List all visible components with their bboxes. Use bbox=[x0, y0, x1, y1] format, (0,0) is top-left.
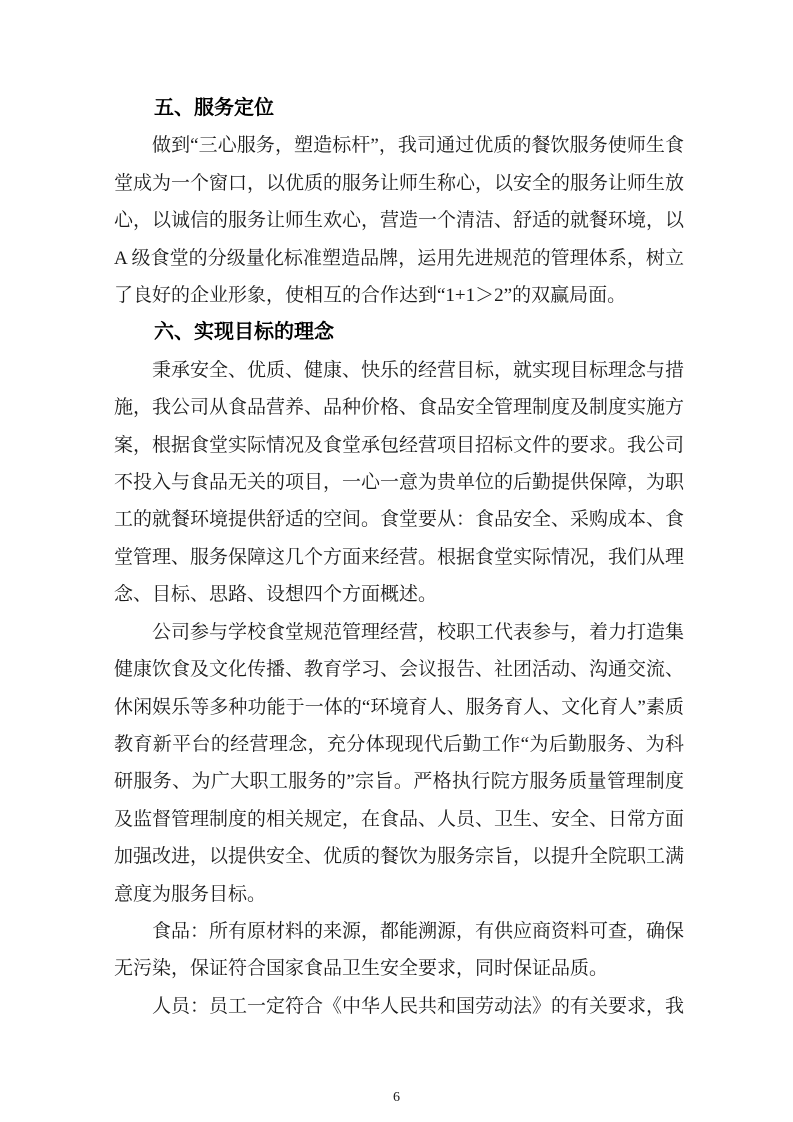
page-number: 6 bbox=[0, 1090, 793, 1106]
paragraph-food: 食品：所有原材料的来源，都能溯源，有供应商资料可查，确保无污染，保证符合国家食品… bbox=[114, 913, 684, 988]
document-body: 五、服务定位 做到“三心服务，塑造标杆”，我司通过优质的餐饮服务使师生食堂成为一… bbox=[114, 90, 684, 1025]
section-heading-goal-philosophy: 六、实现目标的理念 bbox=[114, 314, 684, 351]
paragraph-goal-philosophy-2: 公司参与学校食堂规范管理经营，校职工代表参与，着力打造集健康饮食及文化传播、教育… bbox=[114, 614, 684, 913]
paragraph-service-positioning: 做到“三心服务，塑造标杆”，我司通过优质的餐饮服务使师生食堂成为一个窗口，以优质… bbox=[114, 127, 684, 314]
section-heading-service-positioning: 五、服务定位 bbox=[114, 90, 684, 127]
paragraph-personnel: 人员：员工一定符合《中华人民共和国劳动法》的有关要求，我 bbox=[114, 988, 684, 1025]
document-page: 五、服务定位 做到“三心服务，塑造标杆”，我司通过优质的餐饮服务使师生食堂成为一… bbox=[0, 0, 793, 1122]
paragraph-goal-philosophy-1: 秉承安全、优质、健康、快乐的经营目标，就实现目标理念与措施，我公司从食品营养、品… bbox=[114, 352, 684, 614]
